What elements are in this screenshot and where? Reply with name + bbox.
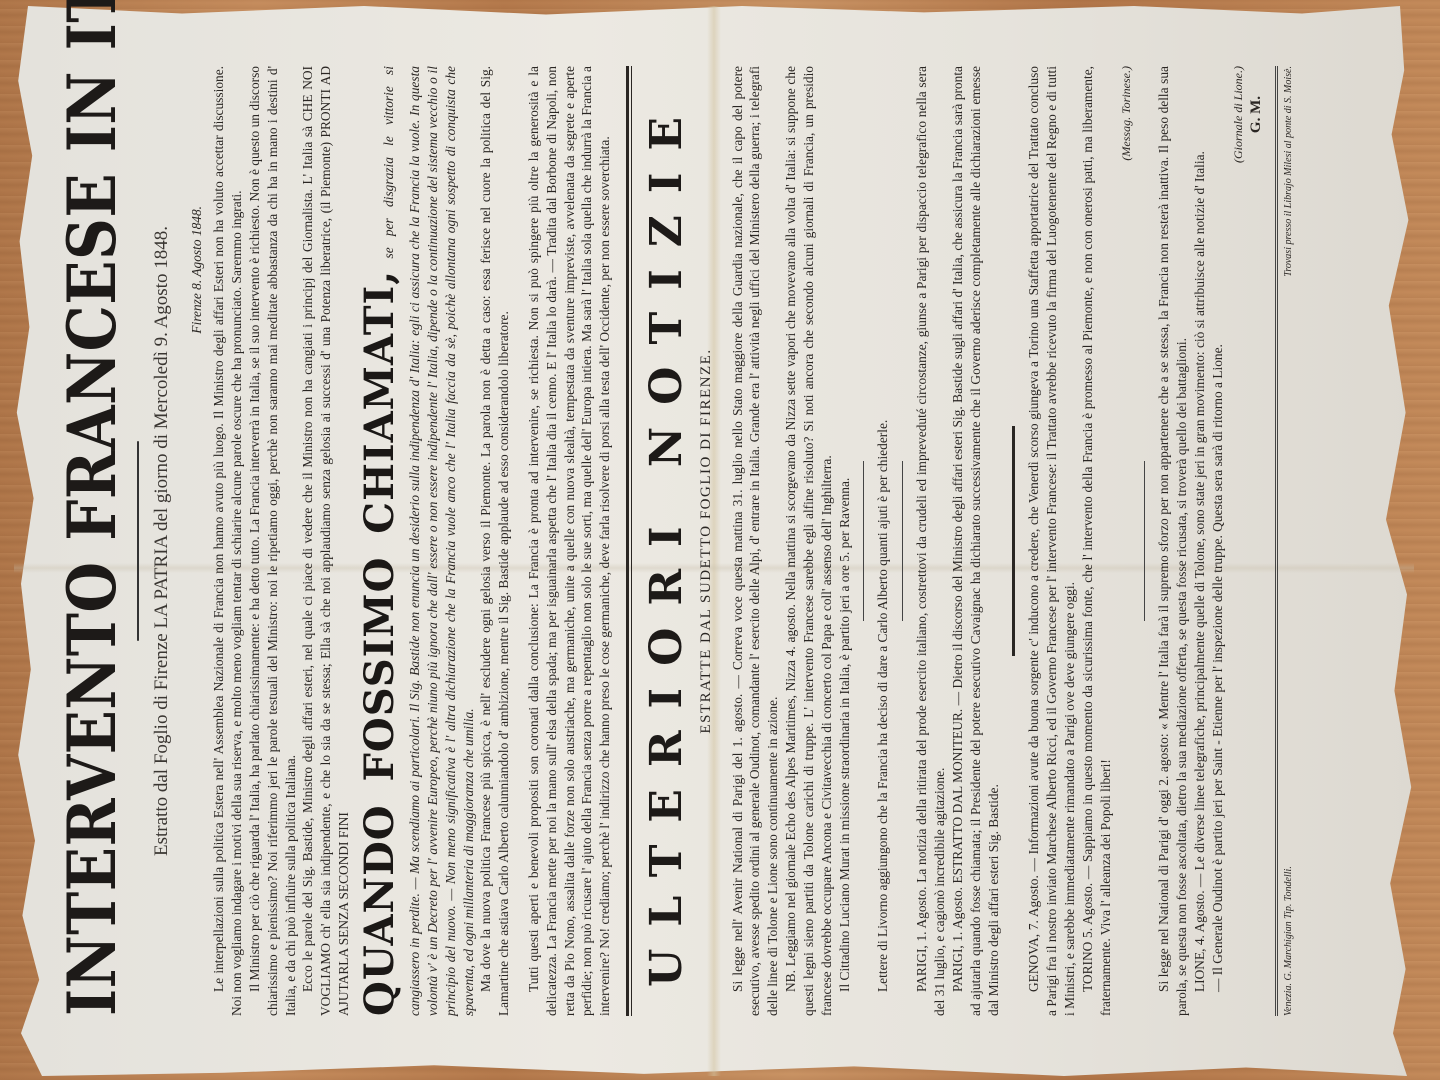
paragraph: LIONE, 4. Agosto. — Le diverse linee tel… [1191, 66, 1209, 1016]
paragraph: Il Cittadino Luciano Murat in missione s… [836, 66, 854, 1016]
paragraph: Lettere di Livorno aggiungono che la Fra… [874, 66, 892, 1016]
paragraph: GENOVA, 7. Agosto. — Informazioni avute … [1025, 66, 1078, 1016]
section-divider [626, 66, 632, 1016]
dateline: Firenze 8. Agosto 1848. [188, 66, 206, 1016]
rule [863, 461, 864, 621]
paragraph: PARIGI, 1. Agosto. ESTRATTO DAL MONITEUR… [949, 66, 1002, 1016]
document-title: INTERVENTO FRANCESE IN ITALIA [48, 66, 137, 1016]
section-subheading: ESTRATTE DAL SUDETTO FOGLIO DI FIRENZE. [697, 66, 717, 1016]
paragraph: PARIGI, 1. Agosto. La notizia della riti… [913, 66, 949, 1016]
paragraph: Le interpellazioni sulla politica Estera… [210, 66, 246, 1016]
broadsheet: INTERVENTO FRANCESE IN ITALIA Estratto d… [14, 6, 1414, 1076]
paragraph: NB. Leggiamo nel giornale Echo des Alpes… [782, 66, 835, 1016]
paragraph: TORINO 5. Agosto. — Sappiamo in questo m… [1079, 66, 1115, 1016]
imprint: Venezia. G. Marchigian Tip. Tondelli. Tr… [1275, 66, 1295, 1016]
paragraph: Tutti questi aperti e benevoli propositi… [525, 66, 614, 1016]
rule [1144, 461, 1145, 621]
rule [1012, 426, 1015, 656]
source-attribution: (Giornale di Lione.) [1231, 66, 1247, 163]
document-content: INTERVENTO FRANCESE IN ITALIA Estratto d… [54, 66, 1374, 1016]
rule [902, 461, 903, 621]
title-rule [137, 441, 139, 641]
paragraph: Si legge nel National di Parigi d' oggi … [1155, 66, 1191, 1016]
inline-headline: QUANDO FOSSIMO CHIAMATI, [356, 270, 403, 1016]
signature: G. M. [1247, 66, 1267, 1016]
paragraph: Ma dove la nuova politica Francese più s… [477, 66, 513, 1016]
document-subtitle: Estratto dal Foglio di Firenze LA PATRIA… [149, 66, 174, 1016]
seller-imprint: Trovasi presso il Librajo Milesi al pont… [1282, 66, 1295, 277]
source-attribution: (Messag. Torinese.) [1119, 66, 1135, 161]
paragraph: Si legge nell' Avenir National di Parigi… [729, 66, 782, 1016]
section-heading: ULTERIORI NOTIZIE [638, 66, 697, 1016]
printer-imprint: Venezia. G. Marchigian Tip. Tondelli. [1282, 866, 1295, 1016]
paragraph: Il Ministro per ciò che riguarda l' Ital… [246, 66, 299, 1016]
paragraph: — Il Generale Oudinot è partito jeri per… [1209, 66, 1227, 1016]
paragraph: Ecco le parole del Sig. Bastide, Ministr… [299, 66, 352, 1016]
